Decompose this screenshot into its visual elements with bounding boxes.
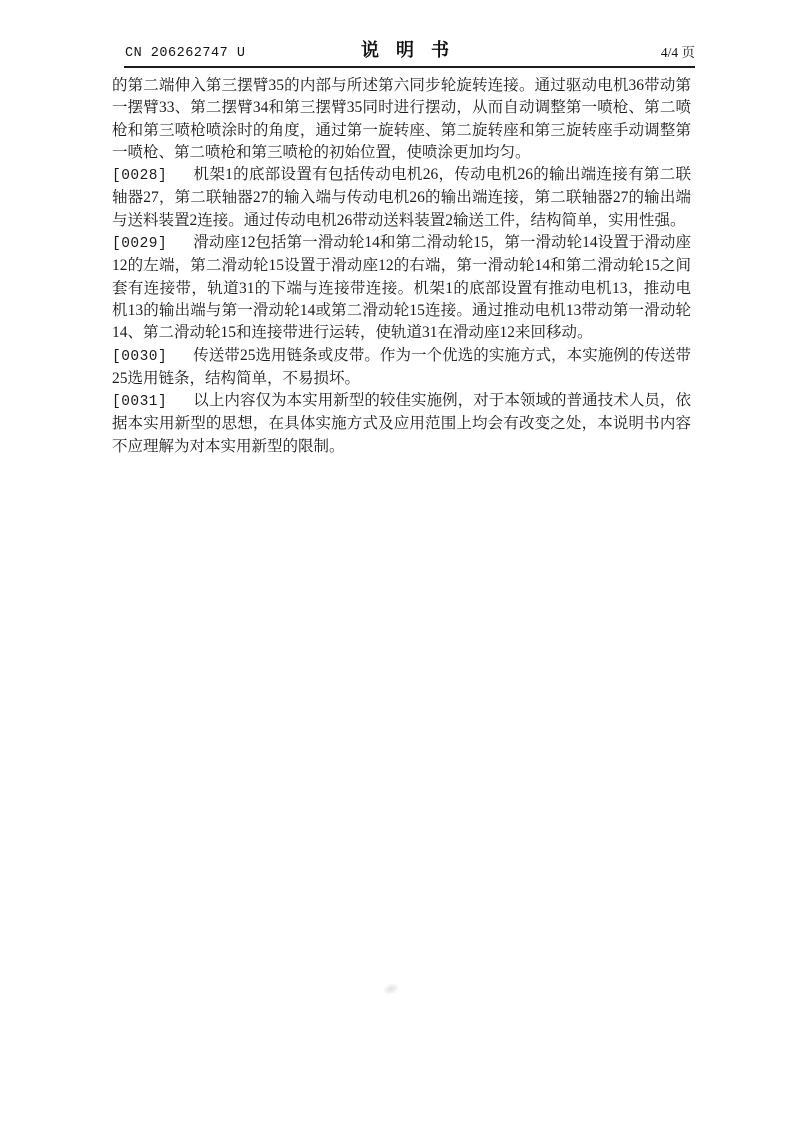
paragraph-0029: [0029]滑动座12包括第一滑动轮14和第二滑动轮15，第一滑动轮14设置于滑…: [112, 232, 691, 344]
paragraph-tag: [0029]: [112, 236, 167, 252]
scan-artifact: [382, 982, 400, 996]
page-indicator: 4/4 页: [661, 41, 695, 61]
paragraph-tag: [0030]: [112, 349, 167, 365]
paragraph-text: 机架1的底部设置有包括传动电机26，传动电机26的输出端连接有第二联轴器27，第…: [112, 166, 691, 229]
paragraph-tag: [0028]: [112, 168, 167, 184]
patent-specification-page: CN 206262747 U 说明书 4/4 页 的第二端伸入第三摆臂35的内部…: [0, 0, 800, 1132]
paragraph-0030: [0030]传送带25选用链条或皮带。作为一个优选的实施方式，本实施例的传送带2…: [112, 345, 691, 391]
paragraph-text: 滑动座12包括第一滑动轮14和第二滑动轮15，第一滑动轮14设置于滑动座12的左…: [112, 234, 691, 341]
paragraph-continuation: 的第二端伸入第三摆臂35的内部与所述第六同步轮旋转连接。通过驱动电机36带动第一…: [112, 75, 691, 164]
description-body: 的第二端伸入第三摆臂35的内部与所述第六同步轮旋转连接。通过驱动电机36带动第一…: [112, 75, 691, 458]
paragraph-text: 的第二端伸入第三摆臂35的内部与所述第六同步轮旋转连接。通过驱动电机36带动第一…: [112, 77, 691, 161]
paragraph-tag: [0031]: [112, 394, 167, 410]
paragraph-text: 传送带25选用链条或皮带。作为一个优选的实施方式，本实施例的传送带25选用链条，…: [112, 347, 691, 387]
page-header: CN 206262747 U 说明书 4/4 页: [124, 38, 695, 68]
document-title: 说明书: [353, 36, 466, 62]
paragraph-0031: [0031]以上内容仅为本实用新型的较佳实施例，对于本领域的普通技术人员，依据本…: [112, 390, 691, 458]
paragraph-0028: [0028]机架1的底部设置有包括传动电机26，传动电机26的输出端连接有第二联…: [112, 164, 691, 232]
paragraph-text: 以上内容仅为本实用新型的较佳实施例，对于本领域的普通技术人员，依据本实用新型的思…: [112, 392, 691, 455]
document-number: CN 206262747 U: [125, 46, 245, 61]
